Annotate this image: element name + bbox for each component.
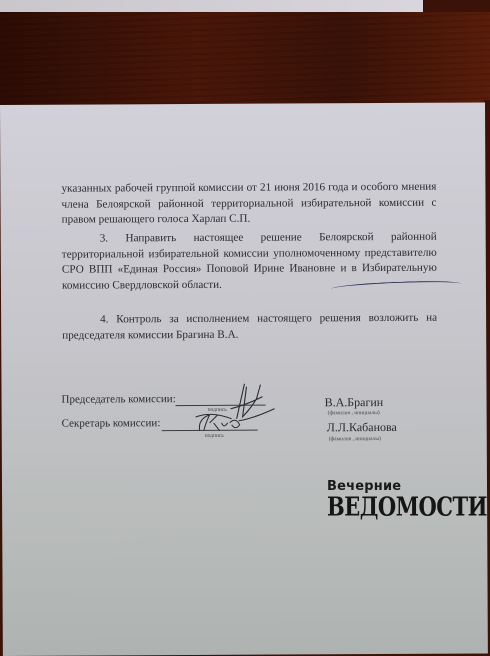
wooden-table <box>0 12 490 112</box>
vechernie-vedomosti-watermark: Вечерние ВЕДОМОСТИ <box>327 480 487 514</box>
secretary-label: Секретарь комиссии: <box>62 417 161 430</box>
chairman-label: Председатель комиссии: <box>62 393 176 406</box>
chairman-name: В.А.Брагин <box>325 395 384 410</box>
paragraph-item-4: 4. Контроль за исполнением настоящего ре… <box>62 311 437 344</box>
paragraph-continuation: указанных рабочей группой комиссии от 21… <box>61 180 436 228</box>
secretary-signature <box>192 409 262 434</box>
secretary-name: Л.Л.Кабанова <box>327 420 397 435</box>
background-paper-edge <box>0 0 423 12</box>
chairman-name-caption: (фамилия , инициалы) <box>328 410 380 416</box>
document-page: указанных рабочей группой комиссии от 21… <box>0 102 488 656</box>
secretary-name-caption: (фамилия , инициалы) <box>329 436 381 442</box>
watermark-line2: ВЕДОМОСТИ <box>327 494 487 519</box>
